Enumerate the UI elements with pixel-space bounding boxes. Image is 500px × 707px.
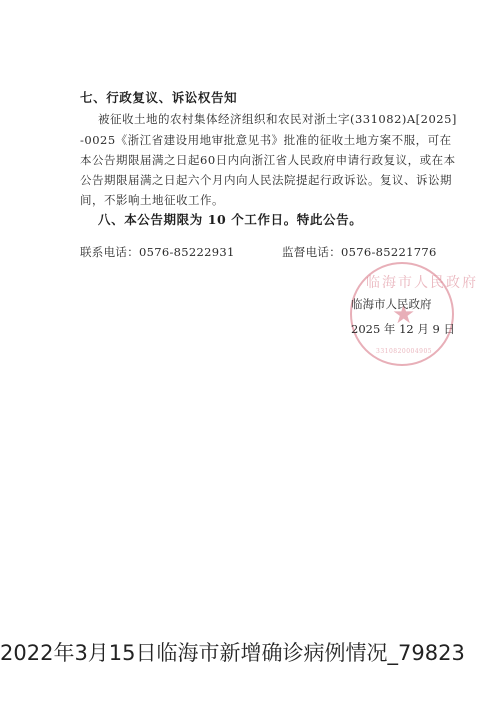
section-7-line-1: 被征收土地的农村集体经济组织和农民对浙土字(331082)A[2025]: [98, 111, 457, 127]
image-caption: 2022年3月15日临海市新增确诊病例情况_79823: [0, 636, 500, 670]
seal-text: 临海市人民政府: [366, 272, 478, 292]
section-7-line-3: 本公告期限届满之日起60日内向浙江省人民政府申请行政复议，或在本: [80, 152, 456, 168]
section-7-line-5: 间，不影响土地征收工作。: [80, 192, 224, 208]
section-7-line-2: -0025《浙江省建设用地审批意见书》批准的征收土地方案不服，可在: [80, 132, 452, 148]
official-seal: 临海市人民政府 ★ 3310820004905: [350, 262, 454, 366]
document-page: 七、行政复议、诉讼权告知 被征收土地的农村集体经济组织和农民对浙土字(33108…: [0, 0, 500, 630]
section-8-heading: 八、本公告期限为 10 个工作日。特此公告。: [98, 210, 362, 228]
seal-code: 3310820004905: [376, 348, 432, 355]
contact-phone: 联系电话：0576-85222931: [80, 244, 235, 260]
issue-date: 2025 年 12 月 9 日: [351, 321, 455, 337]
issuer-name: 临海市人民政府: [351, 296, 432, 312]
supervision-phone: 监督电话：0576-85221776: [282, 244, 437, 260]
section-7-heading: 七、行政复议、诉讼权告知: [80, 88, 237, 106]
section-7-line-4: 公告期限届满之日起六个月内向人民法院提起行政诉讼。复议、诉讼期: [80, 172, 452, 188]
